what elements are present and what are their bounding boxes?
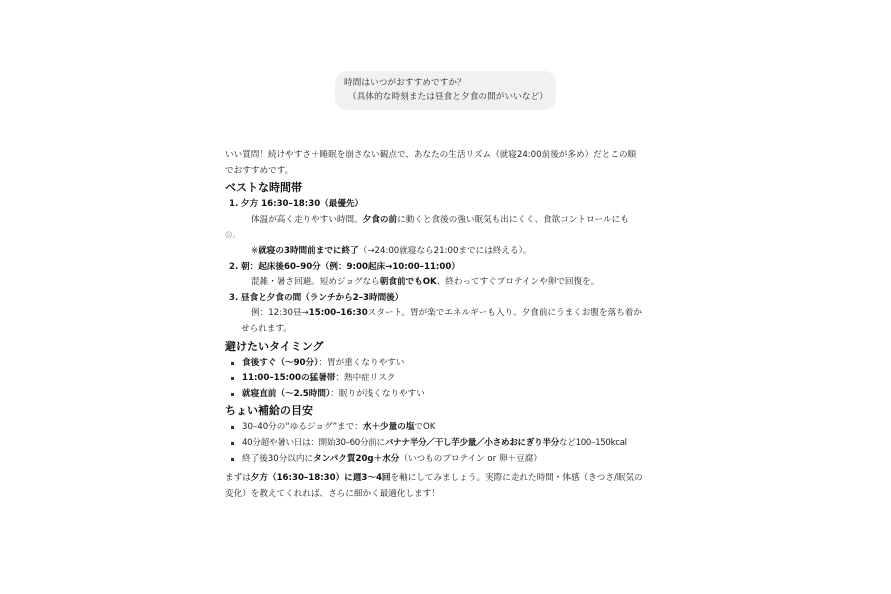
- intro-line-1: いい質問！続けやすさ＋睡眠を崩さない観点で、あなたの生活リズム（就寝24:00前…: [225, 150, 636, 160]
- avoid-bold: 就寝直前（〜2.5時間）: [242, 389, 330, 399]
- heading-best-times: ベストな時間帯: [225, 179, 657, 197]
- avoid-bold: 11:00–15:00の猛暑帯: [242, 373, 335, 383]
- desc-text: 体温が高く走りやすい時間。: [251, 215, 363, 225]
- avoid-item: 食後すぐ（〜90分）：胃が重くなりやすい: [225, 356, 657, 372]
- avoid-text: ：熱中症リスク: [335, 373, 395, 383]
- fuel-text: 30–40分の“ゆるジョグ”まで：: [242, 422, 363, 432]
- fuel-text: （いつものプロテイン or 卵＋豆腐）: [399, 454, 542, 464]
- desc-continuation: ◎。: [225, 228, 657, 244]
- intro-paragraph: いい質問！続けやすさ＋睡眠を崩さない観点で、あなたの生活リズム（就寝24:00前…: [225, 148, 657, 179]
- user-message-line-2: （具体的な時刻または昼食と夕食の間がいいなど）: [344, 90, 546, 104]
- best-time-title: 朝：起床後60–90分（例：9:00起床→10:00–11:00）: [241, 262, 460, 272]
- best-time-desc: 混雑・暑さ回避。短めジョグなら朝食前でもOK、終わってすぐプロテインや卵で回復を…: [241, 275, 657, 291]
- bullet-icon: [231, 458, 234, 461]
- bullet-icon: [231, 377, 234, 380]
- fuel-text: 40分超や暑い日は：開始30–60分前に: [242, 438, 385, 448]
- fuel-text: 終了後30分以内に: [242, 454, 313, 464]
- best-time-title: 昼食と夕食の間（ランチから2–3時間後）: [241, 293, 403, 303]
- fuel-text: など100–150kcal: [559, 438, 627, 448]
- avoid-item: 11:00–15:00の猛暑帯：熱中症リスク: [225, 371, 657, 387]
- note-bold: 就寝の3時間前までに終了: [258, 246, 359, 256]
- closing-text: まずは: [225, 473, 251, 483]
- fuel-item: 終了後30分以内にタンパク質20g＋水分（いつものプロテイン or 卵＋豆腐）: [225, 452, 657, 468]
- desc-text: スタート。胃が楽でエネルギーも入り、夕食前にうまくお腹を落ち着か: [368, 308, 642, 318]
- bullet-icon: [231, 442, 234, 445]
- best-time-item-1: 1. 夕方 16:30–18:30（最優先） 体温が高く走りやすい時間。夕食の前…: [225, 197, 657, 259]
- closing-text: を軸にしてみましょう。実際に走れた時間・体感（きつさ/眠気の: [391, 473, 643, 483]
- bullet-icon: [231, 393, 234, 396]
- desc-bold: 15:00–16:30: [309, 308, 368, 318]
- desc-bold: 夕食の前: [363, 215, 397, 225]
- closing-text: 変化）を教えてくれれば、さらに細かく最適化します！: [225, 489, 440, 499]
- closing-paragraph: まずは夕方（16:30–18:30）に週3〜4回を軸にしてみましょう。実際に走れ…: [225, 471, 657, 502]
- fuel-bold: タンパク質20g＋水分: [313, 454, 399, 464]
- note-text: （→24:00就寝なら21:00までには終える）。: [359, 246, 532, 256]
- desc-text: 混雑・暑さ回避。短めジョグなら: [251, 277, 380, 287]
- fuel-bold: バナナ半分／干し芋少量／小さめおにぎり半分: [385, 438, 559, 448]
- best-time-item-3: 3. 昼食と夕食の間（ランチから2–3時間後） 例：12:30昼→15:00–1…: [225, 291, 657, 338]
- assistant-reply: いい質問！続けやすさ＋睡眠を崩さない観点で、あなたの生活リズム（就寝24:00前…: [225, 148, 657, 502]
- avoid-bold: 食後すぐ（〜90分）: [242, 358, 318, 368]
- closing-bold: 夕方（16:30–18:30）に週3〜4回: [251, 473, 391, 483]
- heading-avoid-times: 避けたいタイミング: [225, 338, 657, 356]
- list-number: 1.: [229, 197, 238, 213]
- desc-bold: 朝食前でもOK: [380, 277, 437, 287]
- avoid-text: ：眠りが浅くなりやすい: [330, 389, 425, 399]
- list-number: 3.: [229, 291, 238, 307]
- best-time-desc: 例：12:30昼→15:00–16:30スタート。胃が楽でエネルギーも入り、夕食…: [241, 306, 657, 322]
- fuel-item: 40分超や暑い日は：開始30–60分前にバナナ半分／干し芋少量／小さめおにぎり半…: [225, 436, 657, 452]
- heading-fuel-guide: ちょい補給の目安: [225, 402, 657, 420]
- bullet-icon: [231, 362, 234, 365]
- desc-text: に動くと食後の強い眠気も出にくく、食欲コントロールにも: [397, 215, 629, 225]
- avoid-item: 就寝直前（〜2.5時間）：眠りが浅くなりやすい: [225, 387, 657, 403]
- fuel-bold: 水＋少量の塩: [363, 422, 415, 432]
- intro-line-2: でおすすめです。: [225, 166, 293, 176]
- best-time-title: 夕方 16:30–18:30（最優先）: [241, 199, 363, 209]
- user-message-line-1: 時間はいつがおすすめですか？: [344, 76, 546, 90]
- best-time-desc: 体温が高く走りやすい時間。夕食の前に動くと食後の強い眠気も出にくく、食欲コントロ…: [241, 213, 657, 229]
- desc-continuation: せられます。: [241, 322, 657, 338]
- list-number: 2.: [229, 260, 238, 276]
- user-message-bubble: 時間はいつがおすすめですか？ （具体的な時刻または昼食と夕食の間がいいなど）: [335, 71, 556, 110]
- fuel-item: 30–40分の“ゆるジョグ”まで：水＋少量の塩でOK: [225, 420, 657, 436]
- fuel-text: でOK: [414, 422, 435, 432]
- desc-text: 、終わってすぐプロテインや卵で回復を。: [437, 277, 600, 287]
- avoid-text: ：胃が重くなりやすい: [318, 358, 404, 368]
- best-time-note: ※就寝の3時間前までに終了（→24:00就寝なら21:00までには終える）。: [241, 244, 657, 260]
- desc-text: 例：12:30昼→: [251, 308, 309, 318]
- bullet-icon: [231, 426, 234, 429]
- best-time-item-2: 2. 朝：起床後60–90分（例：9:00起床→10:00–11:00） 混雑・…: [225, 260, 657, 291]
